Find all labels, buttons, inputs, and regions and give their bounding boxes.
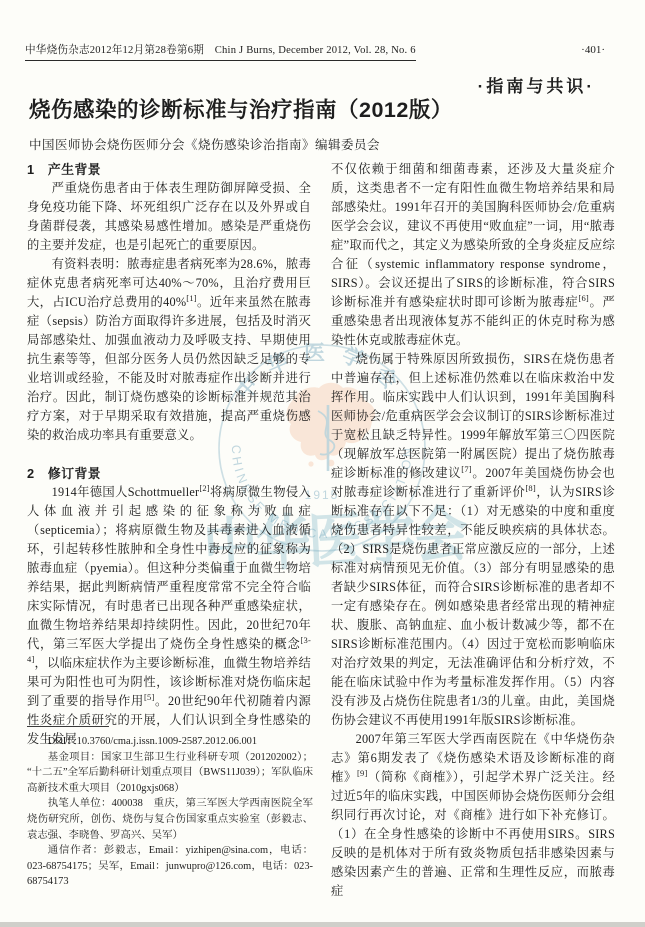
column-tag: ·指南与共识· [478, 72, 595, 97]
doi-line: DOI：10.3760/cma.j.issn.1009-2587.2012.06… [27, 734, 313, 750]
journal-page: 中华医学会 CHINESE MEDICAL ASSOCIATION 1915 中… [0, 0, 645, 927]
citation-marker: [2] [199, 483, 210, 493]
paragraph-text: 烧伤属于特殊原因所致损伤，SIRS在烧伤患者中普遍存在，但上述标准仍然难以在临床… [331, 352, 615, 480]
paragraph-text: 将病原微生物侵入人体血液并引起感染的征象称为败血症（septicemia）；将病… [27, 485, 311, 651]
citation-marker: [5] [144, 692, 155, 702]
paragraph-text: （简称《商榷》），引起学术界广泛关注。经过近5年的临床实践，中国医师协会烧伤医师… [331, 770, 615, 898]
paragraph: 1914年德国人Schottmueller[2]将病原微生物侵入人体血液并引起感… [27, 483, 311, 749]
corresponding-author-note: 通信作者：彭毅志，Email：yizhipen@sina.com，电话：023-… [27, 843, 313, 890]
author-unit-note: 执笔人单位：400038 重庆，第三军医大学西南医院全军烧伤研究所，创伤、烧伤与… [27, 796, 313, 843]
paragraph-text: 。近年来虽然在脓毒症（sepsis）防治方面取得许多进展，包括及时消灭局部感染灶… [27, 295, 311, 442]
right-column: 不仅依赖于细菌和细菌毒素，还涉及大量炎症介质，这类患者不一定有阳性血微生物培养结… [331, 160, 615, 901]
citation-marker: [8] [525, 483, 536, 493]
paragraph-text: 1914年德国人Schottmueller [52, 485, 200, 499]
journal-header: 中华烧伤杂志2012年12月第28卷第6期 Chin J Burns, Dece… [25, 42, 416, 61]
citation-marker: [9] [357, 768, 368, 778]
left-column: 1 产生背景 严重烧伤患者由于体表生理防御屏障受损、全身免疫功能下降、坏死组织广… [27, 160, 311, 749]
citation-marker: [7] [461, 464, 472, 474]
paragraph-text: ，认为SIRS诊断标准存在以下不足：（1）对无感染的中度和重度烧伤患者特异性较差… [331, 485, 615, 727]
scan-bottom-edge [0, 922, 645, 927]
paragraph: 有资料表明：脓毒症患者病死率为28.6%，脓毒症休克患者病死率可达40%～70%… [27, 255, 311, 445]
paragraph: 2007年第三军医大学西南医院在《中华烧伤杂志》第6期发表了《烧伤感染术语及诊断… [331, 730, 615, 901]
citation-marker: [1] [186, 293, 197, 303]
paragraph-text: 不仅依赖于细菌和细菌毒素，还涉及大量炎症介质，这类患者不一定有阳性血微生物培养结… [331, 162, 615, 309]
fund-note: 基金项目：国家卫生部卫生行业科研专项（201202002）；“十二五”全军后勤科… [27, 750, 313, 797]
section-2-heading: 2 修订背景 [27, 464, 311, 483]
page-number: ·401· [581, 44, 605, 56]
section-1-heading: 1 产生背景 [27, 160, 311, 179]
paragraph: 不仅依赖于细菌和细菌毒素，还涉及大量炎症介质，这类患者不一定有阳性血微生物培养结… [331, 160, 615, 350]
paragraph: 严重烧伤患者由于体表生理防御屏障受损、全身免疫功能下降、坏死组织广泛存在以及外界… [27, 179, 311, 255]
article-title: 烧伤感染的诊断标准与治疗指南（2012版） [29, 93, 453, 124]
citation-marker: [6] [578, 293, 589, 303]
footnote-block: DOI：10.3760/cma.j.issn.1009-2587.2012.06… [27, 726, 313, 890]
paragraph: 烧伤属于特殊原因所致损伤，SIRS在烧伤患者中普遍存在，但上述标准仍然难以在临床… [331, 350, 615, 730]
footnote-rule [27, 726, 109, 727]
author-line: 中国医师协会烧伤医师分会《烧伤感染诊治指南》编辑委员会 [29, 135, 380, 153]
